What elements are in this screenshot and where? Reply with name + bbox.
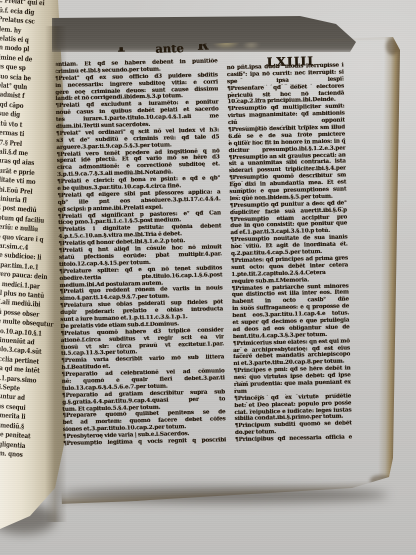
- gutter-crease-shadow: [45, 26, 67, 522]
- text-column-right: nō pñt.ipsa duob° modis iterrūpisse i se…: [227, 62, 353, 444]
- text-line: ¶Principibus qđ necessaria officia e sem…: [235, 434, 352, 444]
- book-photograph: me qd sucite.K. Prelat° qui eiquo cū.f. …: [0, 0, 416, 555]
- text-column-left: entiam. Et qđ se habere debent in puniti…: [55, 58, 227, 447]
